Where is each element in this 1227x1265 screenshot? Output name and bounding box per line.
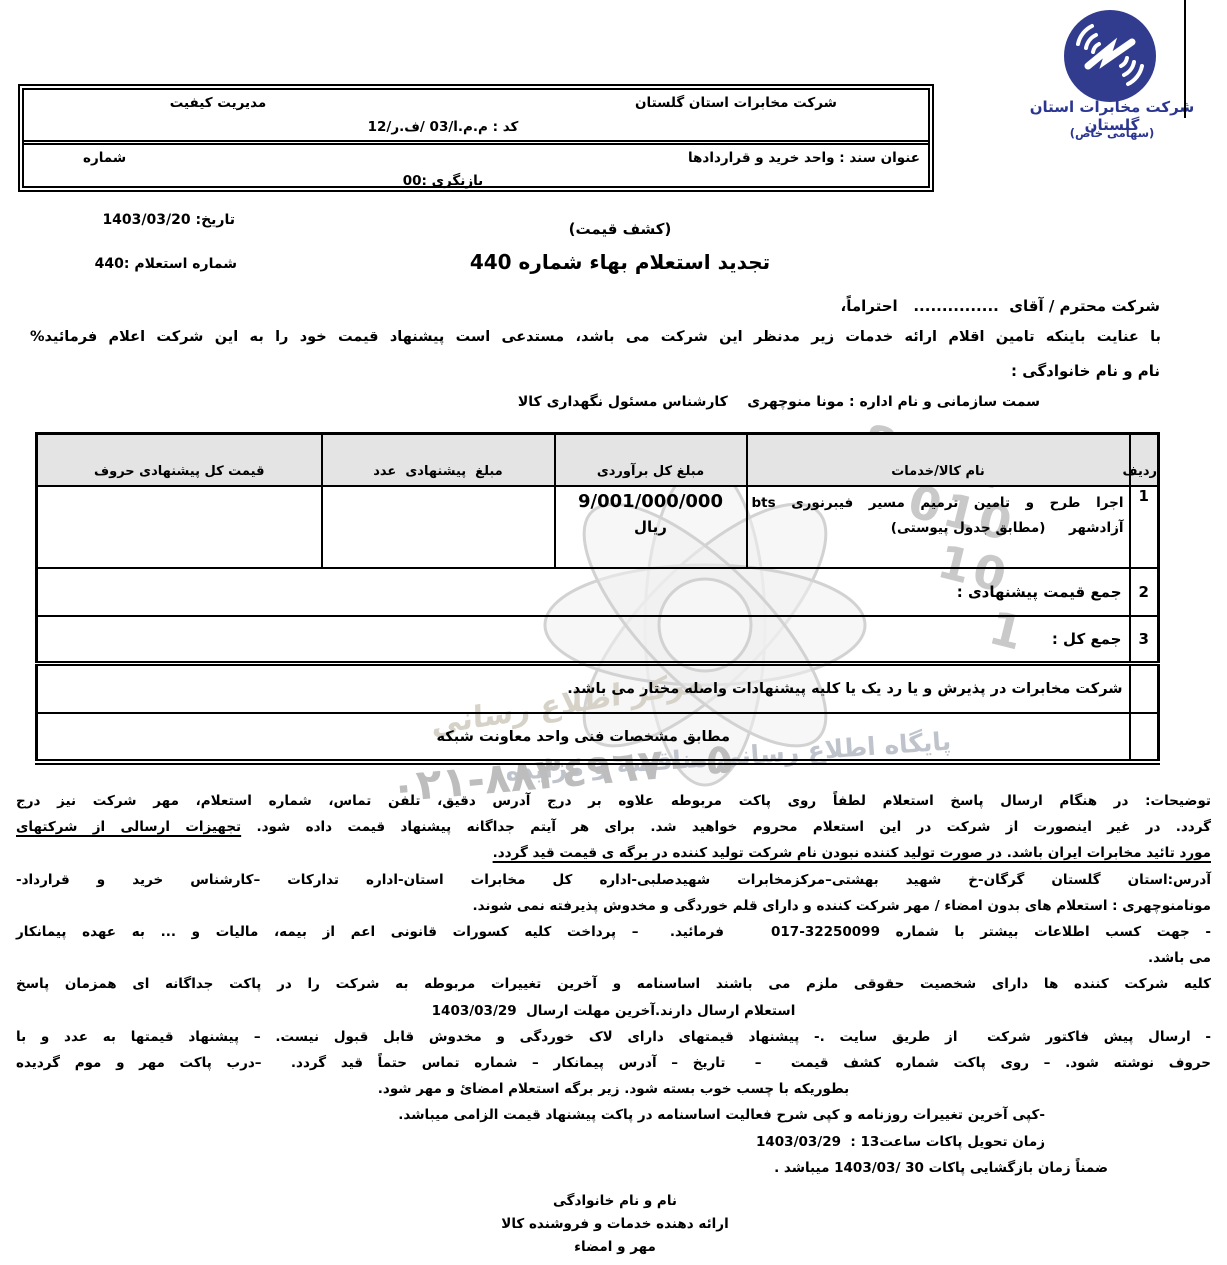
doc-code: کد : م.م.ا/03 /ف.ر/12 [293,119,593,135]
doc-title-label: عنوان سند : واحد خرید و قراردادها [688,150,920,166]
revision-label: بازنگری :00 [293,173,593,189]
document-page: 8181 010 10 1 مرکز اطلاع رسانی پایگاه اط… [0,0,1227,1265]
inquiry-number-label: شماره استعلام :440 [85,256,237,272]
row-number-empty [1130,713,1159,762]
explanation-line: مورد تائید مخابرات ایران باشد. در صورت ت… [16,840,1211,866]
estimated-amount-cell: 9/001/000/000 ریال [555,486,747,568]
signature-name-label: نام و نام خانوادگی [330,1190,900,1213]
explanation-line: حروف نوشته شود. – روی پاکت شماره کشف قیم… [16,1050,1211,1076]
sum-row-label: جمع قیمت پیشنهادی : [37,568,1130,616]
position-line: سمت سازمانی و نام اداره : مونا منوچهری ک… [518,394,1040,410]
row-number: 3 [1130,616,1159,664]
signature-provider-label: ارائه دهنده خدمات و فروشنده کالا [330,1213,900,1236]
explanation-line: بطوریکه با چسب خوب بسته شود. زیر برگه اس… [16,1076,1211,1102]
explanation-line: -کپی آخرین تغییرات روزنامه و کپی شرح فعا… [16,1102,1211,1128]
item-description: اجرا طرح و تامین ترمیم مسیر فیبرنوری bts… [747,486,1130,568]
explanation-text: گردد. در غیر اینصورت از شرکت در این استع… [241,819,1211,835]
company-logo [1062,8,1158,104]
explanation-line: مونامنوچهری : استعلام های بدون امضاء / م… [16,893,1211,919]
item-description-line1: اجرا طرح و تامین ترمیم مسیر فیبرنوری bts [752,491,1124,516]
table-row: 1 اجرا طرح و تامین ترمیم مسیر فیبرنوری b… [37,486,1159,568]
subtitle: (کشف قیمت) [400,220,840,238]
row-number: 1 [1130,486,1159,568]
explanation-line: گردد. در غیر اینصورت از شرکت در این استع… [16,814,1211,840]
acceptance-note: شرکت مخابرات در پذیرش و یا رد یک یا کلیه… [37,664,1130,714]
quality-management-label: مدیریت کیفیت [68,95,368,111]
name-field-label: نام و نام خانوادگی : [1011,362,1160,380]
spec-note: مطابق مشخصات فنی واحد معاونت شبکه [37,713,1130,762]
currency-label: ریال [556,518,746,536]
header-cell-estimate: مبلغ کل برآوردی [555,434,747,487]
total-row-label: جمع کل : [37,616,1130,664]
header-cell-row-number: ردیف [1130,434,1159,487]
signature-seal-label: مهر و امضاء [330,1236,900,1259]
table-row: 2 جمع قیمت پیشنهادی : [37,568,1159,616]
logo-subtitle: (سهامی خاص) [1016,126,1208,140]
signature-block: نام و نام خانوادگی ارائه دهنده خدمات و ف… [330,1190,900,1259]
row-number: 2 [1130,568,1159,616]
header-cell-proposed-amount: مبلغ پیشنهادی عدد [322,434,555,487]
explanation-line: - ارسال پیش فاکتور شرکت از طریق سایت .- … [16,1024,1211,1050]
explanation-line: توضیحات: در هنگام ارسال پاسخ استعلام لطف… [16,788,1211,814]
explanation-line: آدرس:استان گلستان گرگان-خ شهید بهشتی–مرک… [16,867,1211,893]
salutation: شرکت محترم / آقای ............... احترام… [841,297,1160,315]
header-box: شرکت مخابرات استان گلستان مدیریت کیفیت ک… [18,84,934,192]
table-row: 3 جمع کل : [37,616,1159,664]
intro-line: با عنایت باینکه تامین اقلام ارائه خدمات … [30,329,1161,345]
header-cell-total-words: قیمت کل پیشنهادی حروف [37,434,322,487]
opening-time-line: ضمناً زمان بازگشایی پاکات 30 /1403/03 می… [16,1155,1211,1181]
header-divider [22,140,928,145]
explanation-line: - جهت کسب اطلاعات بیشتر با شماره 3225009… [16,919,1211,945]
explanation-underlined-text: تجهیزات ارسالی از شرکتهای [16,819,241,835]
explanation-line: استعلام ارسال دارند.آخرین مهلت ارسال 140… [16,998,1211,1024]
total-words-cell [37,486,322,568]
estimated-amount: 9/001/000/000 [556,491,746,512]
explanations-block: توضیحات: در هنگام ارسال پاسخ استعلام لطف… [16,788,1211,1181]
top-right-divider [1184,0,1186,118]
table-header-row: ردیف نام کالا/خدمات مبلغ کل برآوردی مبلغ… [37,434,1159,487]
company-name: شرکت مخابرات استان گلستان [586,95,886,111]
page-title: تجدید استعلام بهاء شماره 440 [370,250,870,274]
proposed-amount-cell [322,486,555,568]
row-number-empty [1130,664,1159,714]
explanation-underlined-text: مورد تائید مخابرات ایران باشد. در صورت ت… [493,845,1211,861]
header-cell-item: نام کالا/خدمات [747,434,1130,487]
explanation-line: کلیه شرکت کننده ها دارای شخصیت حقوقی ملز… [16,971,1211,997]
table-row: شرکت مخابرات در پذیرش و یا رد یک یا کلیه… [37,664,1159,714]
items-table: ردیف نام کالا/خدمات مبلغ کل برآوردی مبلغ… [35,432,1160,765]
content-layer: شرکت مخابرات استان گلستان (سهامی خاص) شر… [0,0,1227,1265]
date-label: تاریخ: 1403/03/20 [85,212,235,228]
item-description-line2: آزادشهر (مطابق جدول پیوستی) [752,516,1124,541]
delivery-deadline-line: زمان تحویل پاکات ساعت13 : 1403/03/29 [16,1129,1211,1155]
number-label: شماره [83,150,126,166]
explanation-line: می باشد. [16,945,1211,971]
table-row: مطابق مشخصات فنی واحد معاونت شبکه [37,713,1159,762]
